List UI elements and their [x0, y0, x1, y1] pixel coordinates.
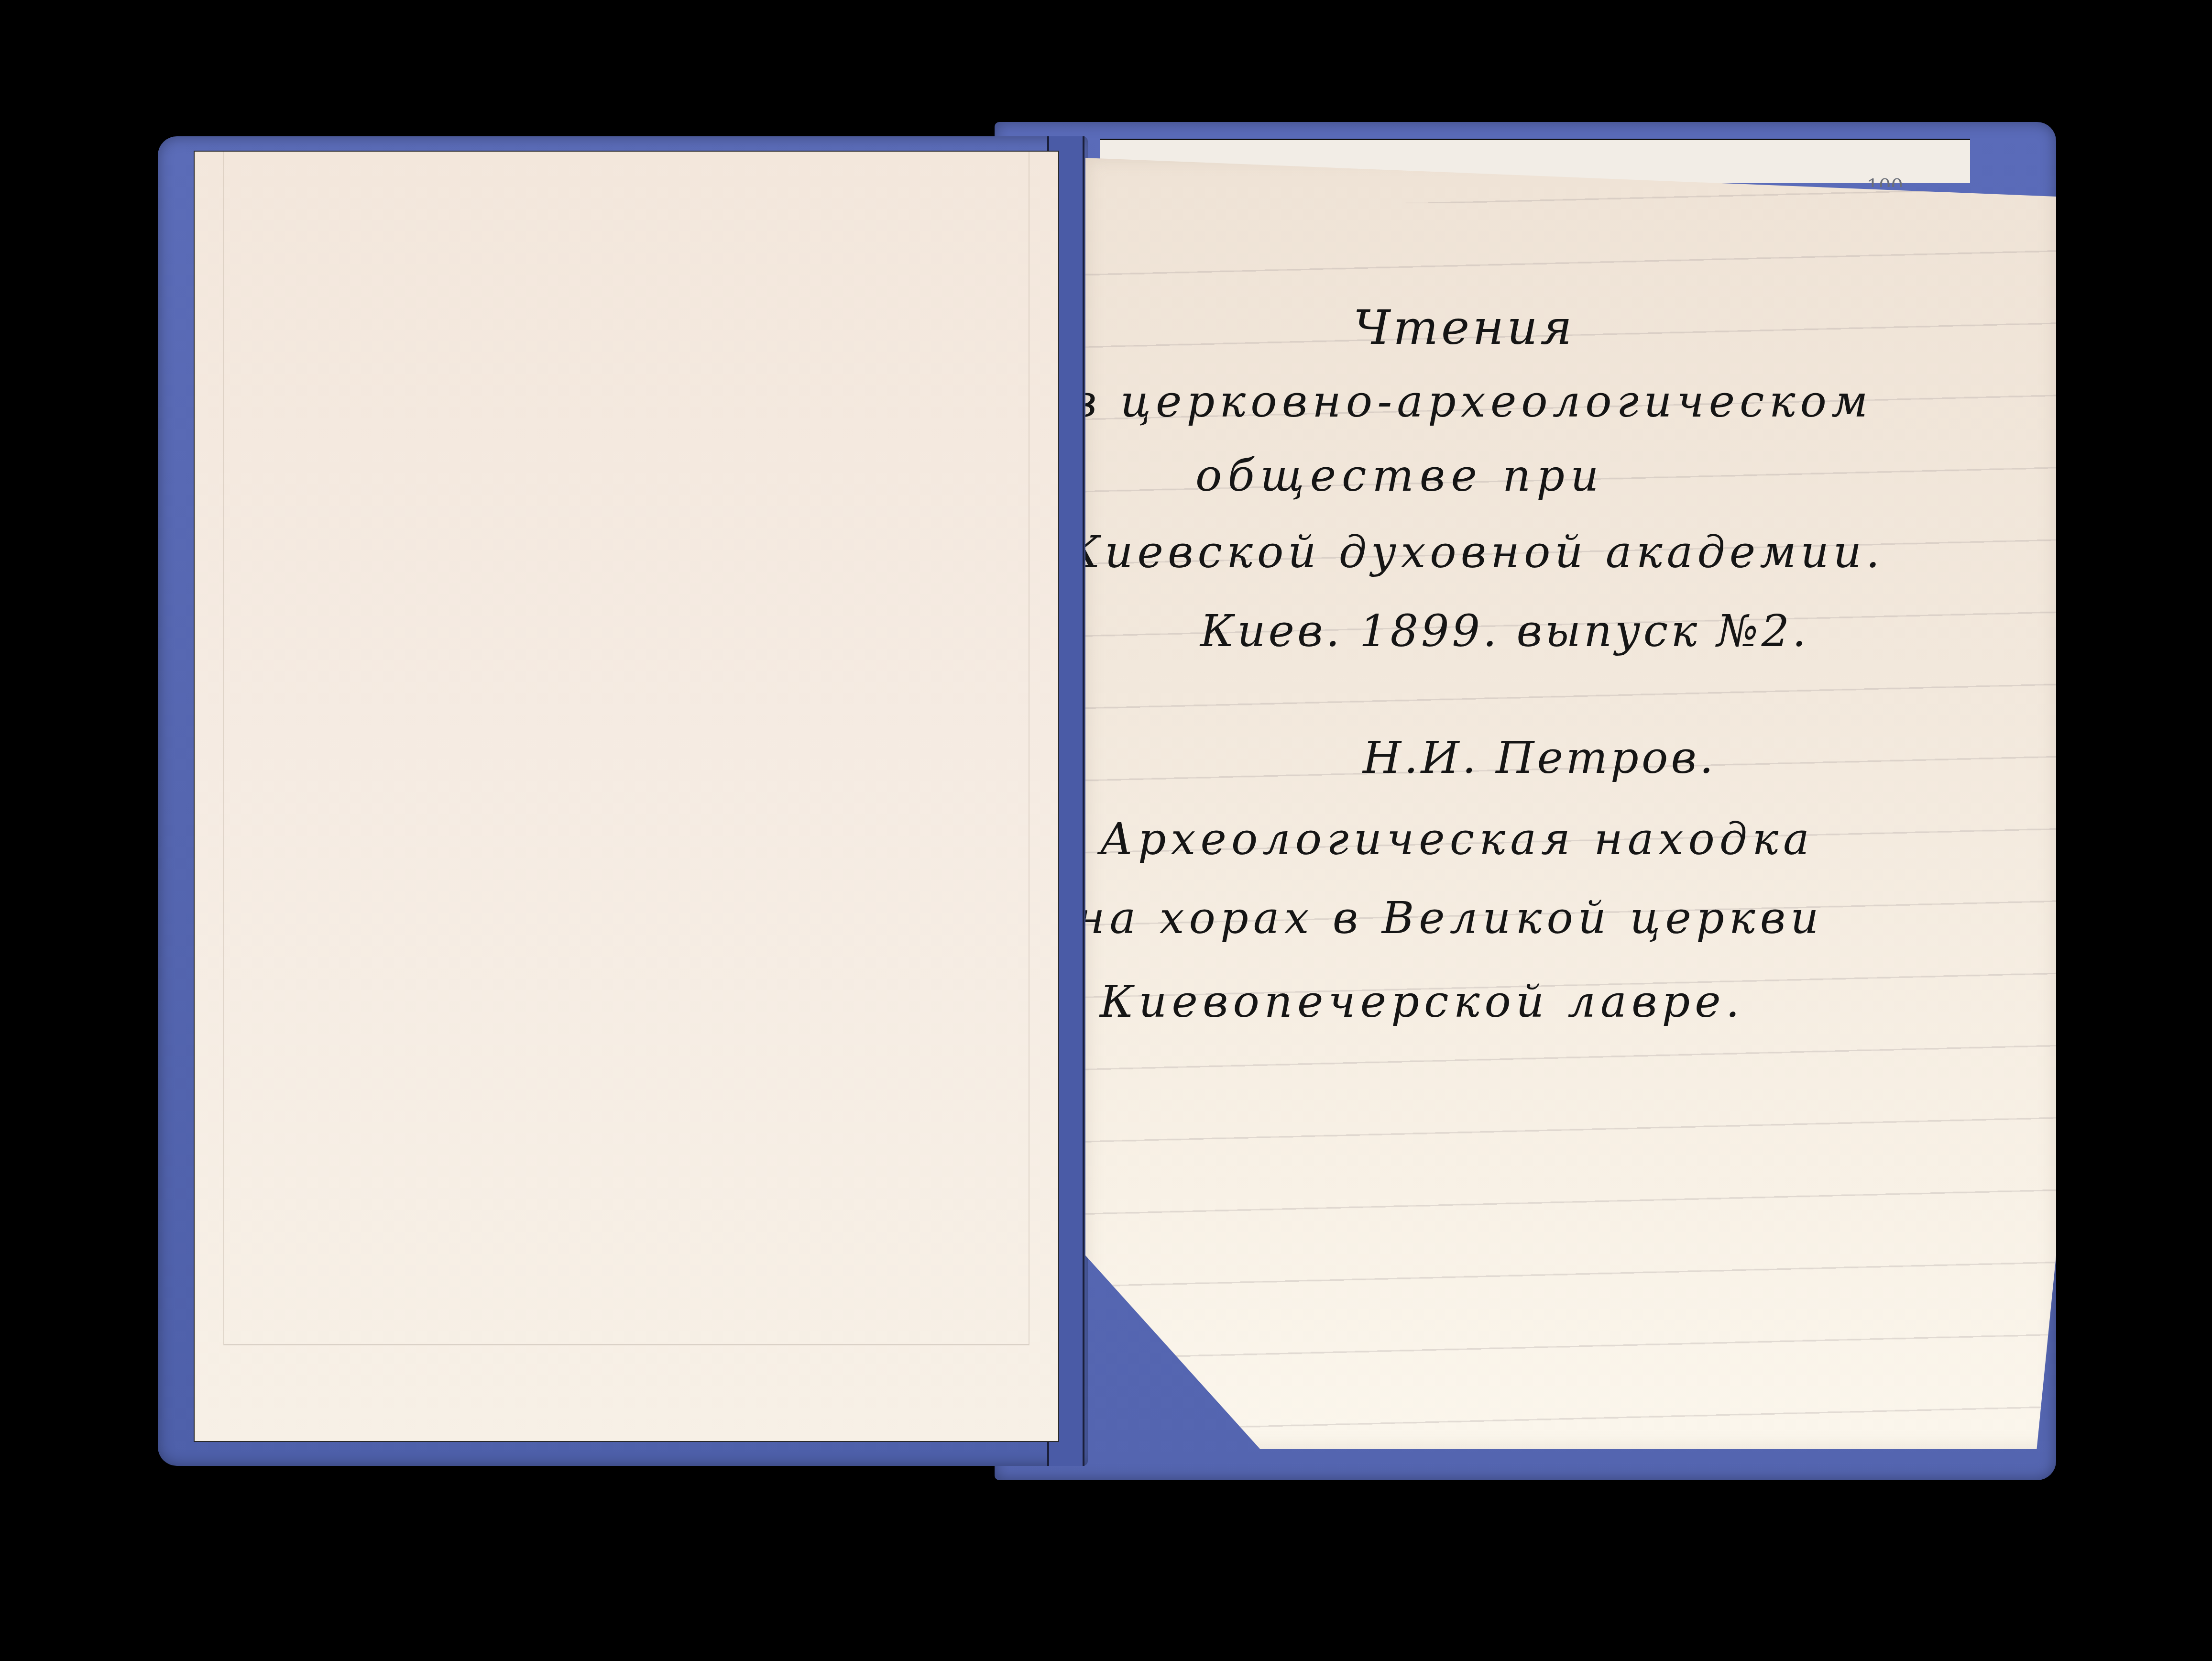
book-photograph: 100 Чтения в церковно-археологическом об… [0, 0, 2212, 1661]
article-title-line-3: Киевопечерской лавре. [1100, 976, 1744, 1028]
article-title-line-1: Археологическая находка [1100, 813, 1814, 866]
author: Н.И. Петров. [1363, 732, 1716, 784]
title: Чтения [1353, 301, 1575, 354]
endpaper-fold [223, 152, 1029, 1345]
article-title-line-2: на хорах в Великой церкви [1076, 892, 1824, 945]
publisher-line-3: Киевской духовной академии. [1066, 526, 1884, 579]
handwritten-title-page: Чтения в церковно-археологическом общест… [1085, 158, 2056, 1449]
publisher-line-2: обществе при [1195, 450, 1604, 502]
left-endpaper [194, 151, 1059, 1442]
imprint: Киев. 1899. выпуск №2. [1200, 605, 1809, 658]
page-number-fragment: 100 [1867, 176, 1903, 187]
publisher-line-1: в церковно-археологическом [1071, 375, 1873, 428]
